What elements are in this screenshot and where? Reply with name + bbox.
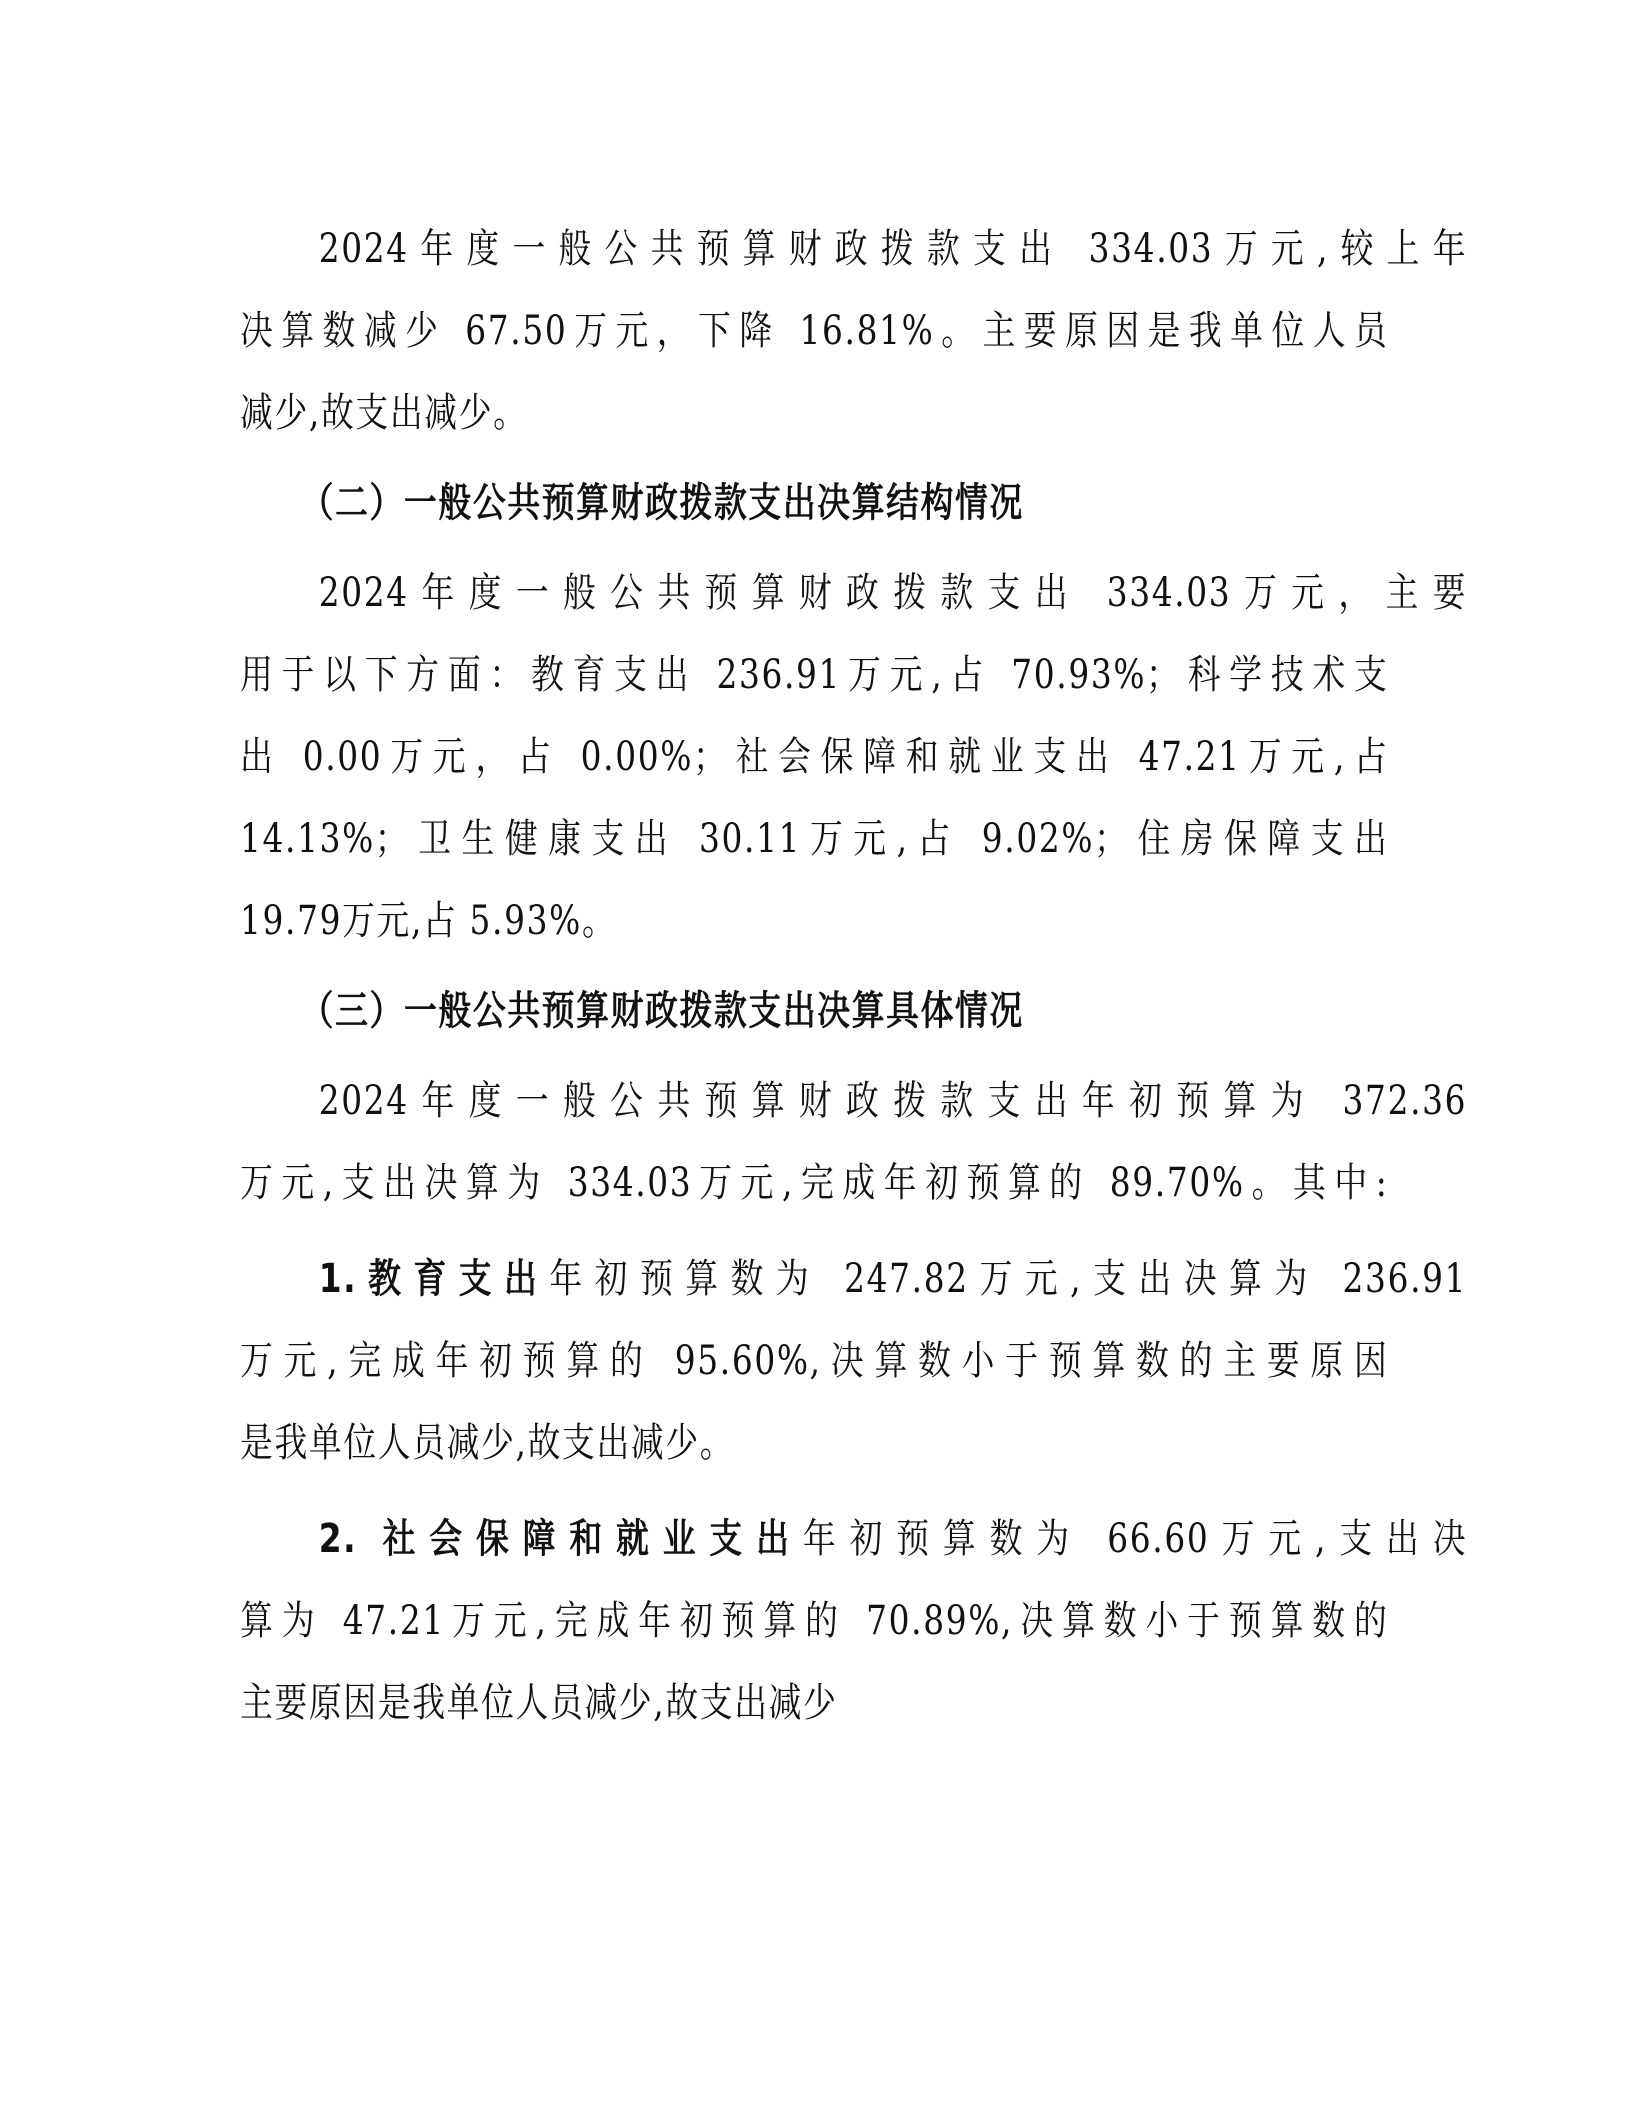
document-page: 2024年度一般公共预算财政拨款支出 334.03万元,较上年 决算数减少 67…: [240, 208, 1388, 1744]
text-line: 主要原因是我单位人员减少,故支出减少: [240, 1662, 1388, 1744]
text-line: 万元,支出决算为 334.03万元,完成年初预算的 89.70%。其中:: [240, 1142, 1388, 1224]
paragraph-expenditure-structure: 2024年度一般公共预算财政拨款支出 334.03万元，主要 用于以下方面：教育…: [240, 552, 1388, 962]
text-line: 万元,完成年初预算的 95.60%,决算数小于预算数的主要原因: [240, 1320, 1388, 1402]
text-line: 2024年度一般公共预算财政拨款支出 334.03万元,较上年: [240, 208, 1467, 290]
text-line: 2024年度一般公共预算财政拨款支出年初预算为 372.36: [240, 1060, 1467, 1142]
text-line: 出 0.00万元，占 0.00%；社会保障和就业支出 47.21万元,占: [240, 716, 1388, 798]
paragraph-budget-completion: 2024年度一般公共预算财政拨款支出年初预算为 372.36 万元,支出决算为 …: [240, 1060, 1388, 1224]
section-heading-details: （三）一般公共预算财政拨款支出决算具体情况: [240, 970, 1449, 1052]
text-line: 是我单位人员减少,故支出减少。: [240, 1402, 1388, 1484]
text-line: 1.教育支出年初预算数为 247.82万元,支出决算为 236.91: [240, 1238, 1467, 1320]
item-label: 1.教育支出: [319, 1256, 550, 1302]
text-line: 决算数减少 67.50万元，下降 16.81%。主要原因是我单位人员: [240, 290, 1388, 372]
text-line: 14.13%；卫生健康支出 30.11万元,占 9.02%；住房保障支出: [240, 798, 1388, 880]
item-label: 2. 社会保障和就业支出: [319, 1516, 803, 1562]
text-line: 算为 47.21万元,完成年初预算的 70.89%,决算数小于预算数的: [240, 1580, 1388, 1662]
item-social-security-expenditure: 2. 社会保障和就业支出年初预算数为 66.60万元,支出决 算为 47.21万…: [240, 1498, 1388, 1744]
section-heading-structure: （二）一般公共预算财政拨款支出决算结构情况: [240, 462, 1449, 544]
paragraph-expenditure-summary: 2024年度一般公共预算财政拨款支出 334.03万元,较上年 决算数减少 67…: [240, 208, 1388, 454]
text-line: 用于以下方面：教育支出 236.91万元,占 70.93%；科学技术支: [240, 634, 1388, 716]
text-line: 减少,故支出减少。: [240, 372, 1388, 454]
text-line: 2024年度一般公共预算财政拨款支出 334.03万元，主要: [240, 552, 1467, 634]
item-text: 年初预算数为 247.82万元,支出决算为 236.91: [549, 1256, 1467, 1302]
item-text: 年初预算数为 66.60万元,支出决: [803, 1516, 1467, 1562]
text-line: 19.79万元,占 5.93%。: [240, 880, 1388, 962]
item-education-expenditure: 1.教育支出年初预算数为 247.82万元,支出决算为 236.91 万元,完成…: [240, 1238, 1388, 1484]
text-line: 2. 社会保障和就业支出年初预算数为 66.60万元,支出决: [240, 1498, 1467, 1580]
